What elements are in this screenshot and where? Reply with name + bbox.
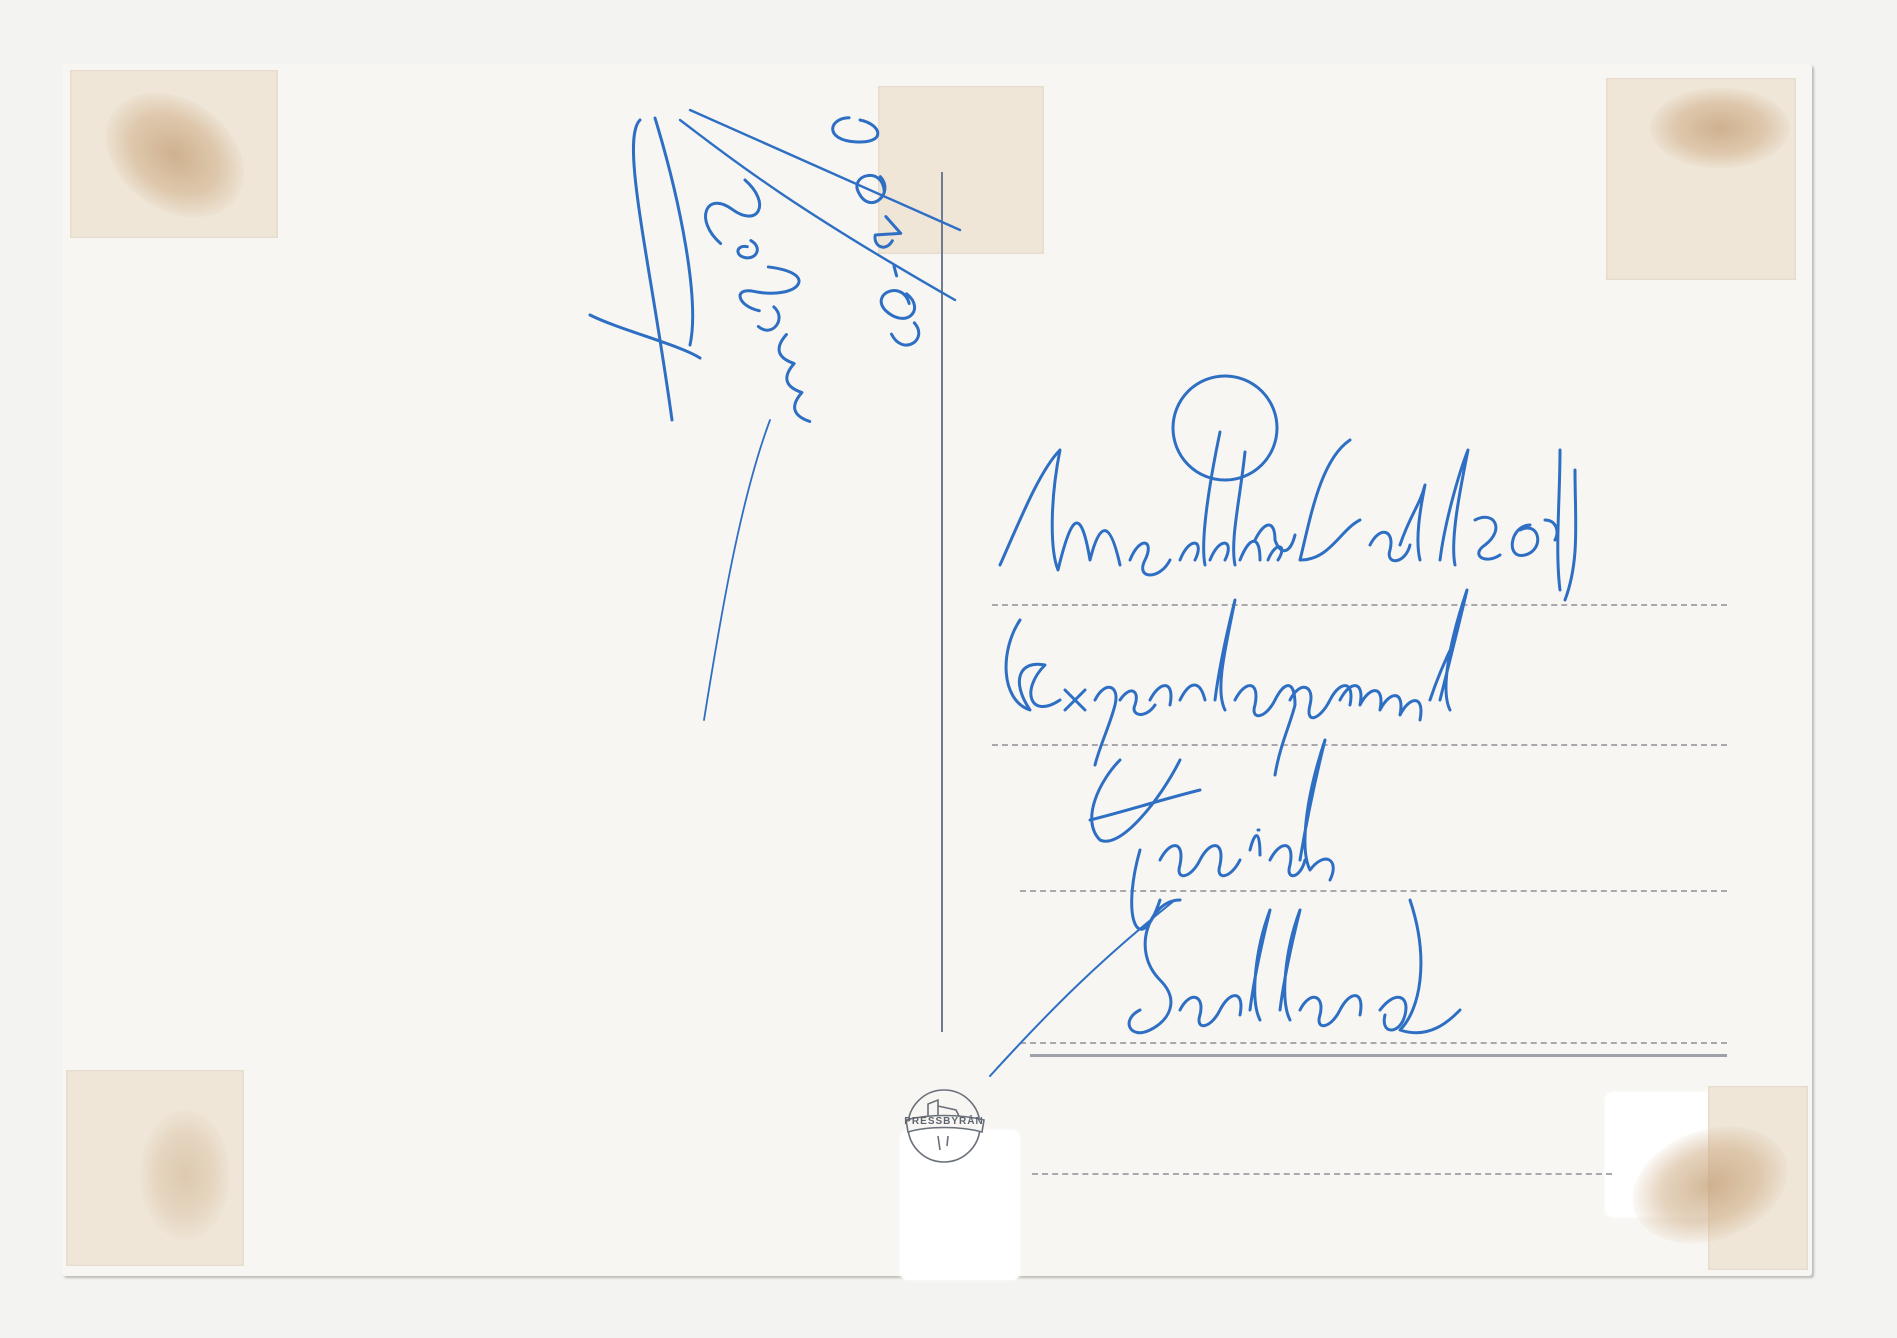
pressbyran-logo: PRESSBYRÅN <box>898 1080 990 1172</box>
stain-bottom-left <box>140 1110 230 1240</box>
address-line-solid <box>1030 1054 1727 1057</box>
address-line-1 <box>992 604 1727 606</box>
logo-label: PRESSBYRÅN <box>898 1116 990 1127</box>
center-divider-line <box>941 172 943 1032</box>
stain-top-right <box>1650 88 1790 168</box>
address-line-5 <box>1032 1173 1612 1175</box>
address-line-4 <box>1020 1042 1727 1044</box>
address-line-2 <box>992 744 1727 746</box>
tape-top-middle <box>878 86 1044 254</box>
address-line-3 <box>1020 890 1727 892</box>
